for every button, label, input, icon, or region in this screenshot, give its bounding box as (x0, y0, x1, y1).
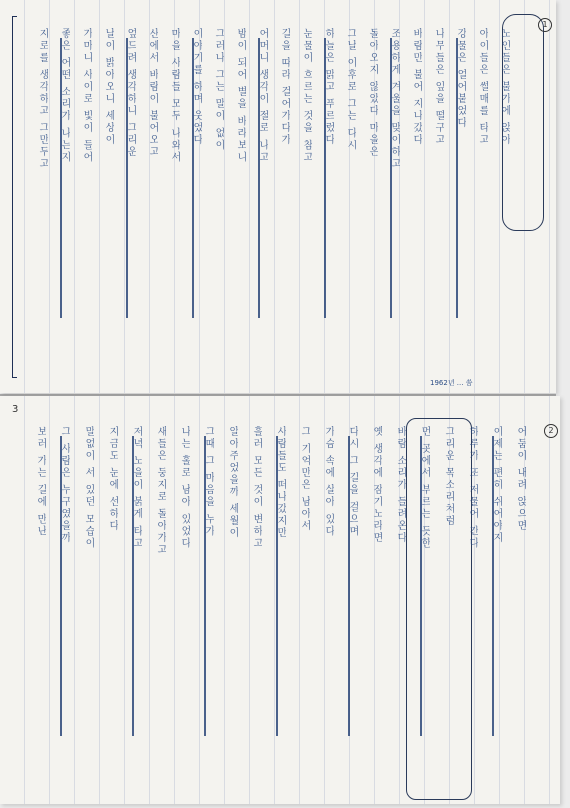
handwritten-column: 말없이 서 있던 모습이 (76, 426, 94, 786)
strikethrough-line (390, 38, 392, 318)
handwritten-column: 지로를 생각하고 그만두고 (30, 28, 48, 368)
handwritten-column: 나는 홀로 남아 있었다 (172, 426, 190, 786)
handwritten-column: 마을 사람들 모두 나와서 (162, 28, 180, 368)
handwritten-column: 그 기억만은 남아서 (292, 426, 310, 786)
strikethrough-line (258, 38, 260, 318)
strikethrough-line (420, 436, 422, 736)
corner-number-circle: 2 (544, 424, 558, 438)
handwritten-column: 노인들은 불가에 앉아 (492, 28, 510, 368)
handwritten-column: 돌아오지 않았다 마을은 (360, 28, 378, 368)
handwritten-column: 지금도 눈에 선하다 (100, 426, 118, 786)
strikethrough-line (204, 436, 206, 736)
handwritten-column: 옛 생각에 잠기노라면 (364, 426, 382, 786)
handwritten-column: 어둠이 내려 앉으면 (508, 426, 526, 786)
strikethrough-line (126, 38, 128, 318)
handwritten-column: 가마니 사이로 빛이 들어 (74, 28, 92, 368)
strikethrough-line (132, 436, 134, 736)
handwritten-column: 날이 밝아오니 세상이 (96, 28, 114, 368)
strikethrough-line (324, 38, 326, 318)
handwritten-column: 흘러 모든 것이 변하고 (244, 426, 262, 786)
manuscript-page-bottom: 3 2 보러 가는 길에 만난그 사람은 누구였을까말없이 서 있던 모습이지금… (0, 396, 560, 804)
handwritten-column: 바람 소리가 들려온다 (388, 426, 406, 786)
handwritten-column: 산에서 바람이 불어오고 (140, 28, 158, 368)
strikethrough-line (492, 436, 494, 736)
handwritten-column: 알아주었을까 세월이 (220, 426, 238, 786)
handwritten-column: 가슴 속에 살아 있다 (316, 426, 334, 786)
handwritten-column: 아이들은 썰매를 타고 (470, 28, 488, 368)
handwritten-column: 나무들은 잎을 떨구고 (426, 28, 444, 368)
handwritten-column: 그리운 목소리처럼 (436, 426, 454, 786)
handwritten-column: 길을 따라 걸어가다가 (272, 28, 290, 368)
strikethrough-line (60, 38, 62, 318)
handwritten-column: 그날 이후로 그는 다시 (338, 28, 356, 368)
strikethrough-line (192, 38, 194, 318)
handwritten-column: 밤이 되어 별을 바라보니 (228, 28, 246, 368)
strikethrough-line (348, 436, 350, 736)
margin-note: 1962년 ... 씀 (430, 378, 472, 388)
manuscript-page-top: 1 지로를 생각하고 그만두고좋은 어떤 소리가 나는지가마니 사이로 빛이 들… (0, 0, 556, 393)
edit-bracket (12, 16, 17, 378)
strikethrough-line (276, 436, 278, 736)
handwritten-column: 새들은 둥지로 돌아가고 (148, 426, 166, 786)
page-number-circle: 1 (538, 18, 552, 32)
handwritten-column: 하루가 또 저물어 간다 (460, 426, 478, 786)
handwritten-column: 보러 가는 길에 만난 (28, 426, 46, 786)
page-number: 3 (12, 404, 18, 415)
strikethrough-line (60, 436, 62, 736)
handwritten-column: 눈물이 흐르는 것을 참고 (294, 28, 312, 368)
handwritten-column: 바람만 불어 지나갔다 (404, 28, 422, 368)
strikethrough-line (456, 38, 458, 318)
handwritten-column: 그러나 그는 말이 없이 (206, 28, 224, 368)
